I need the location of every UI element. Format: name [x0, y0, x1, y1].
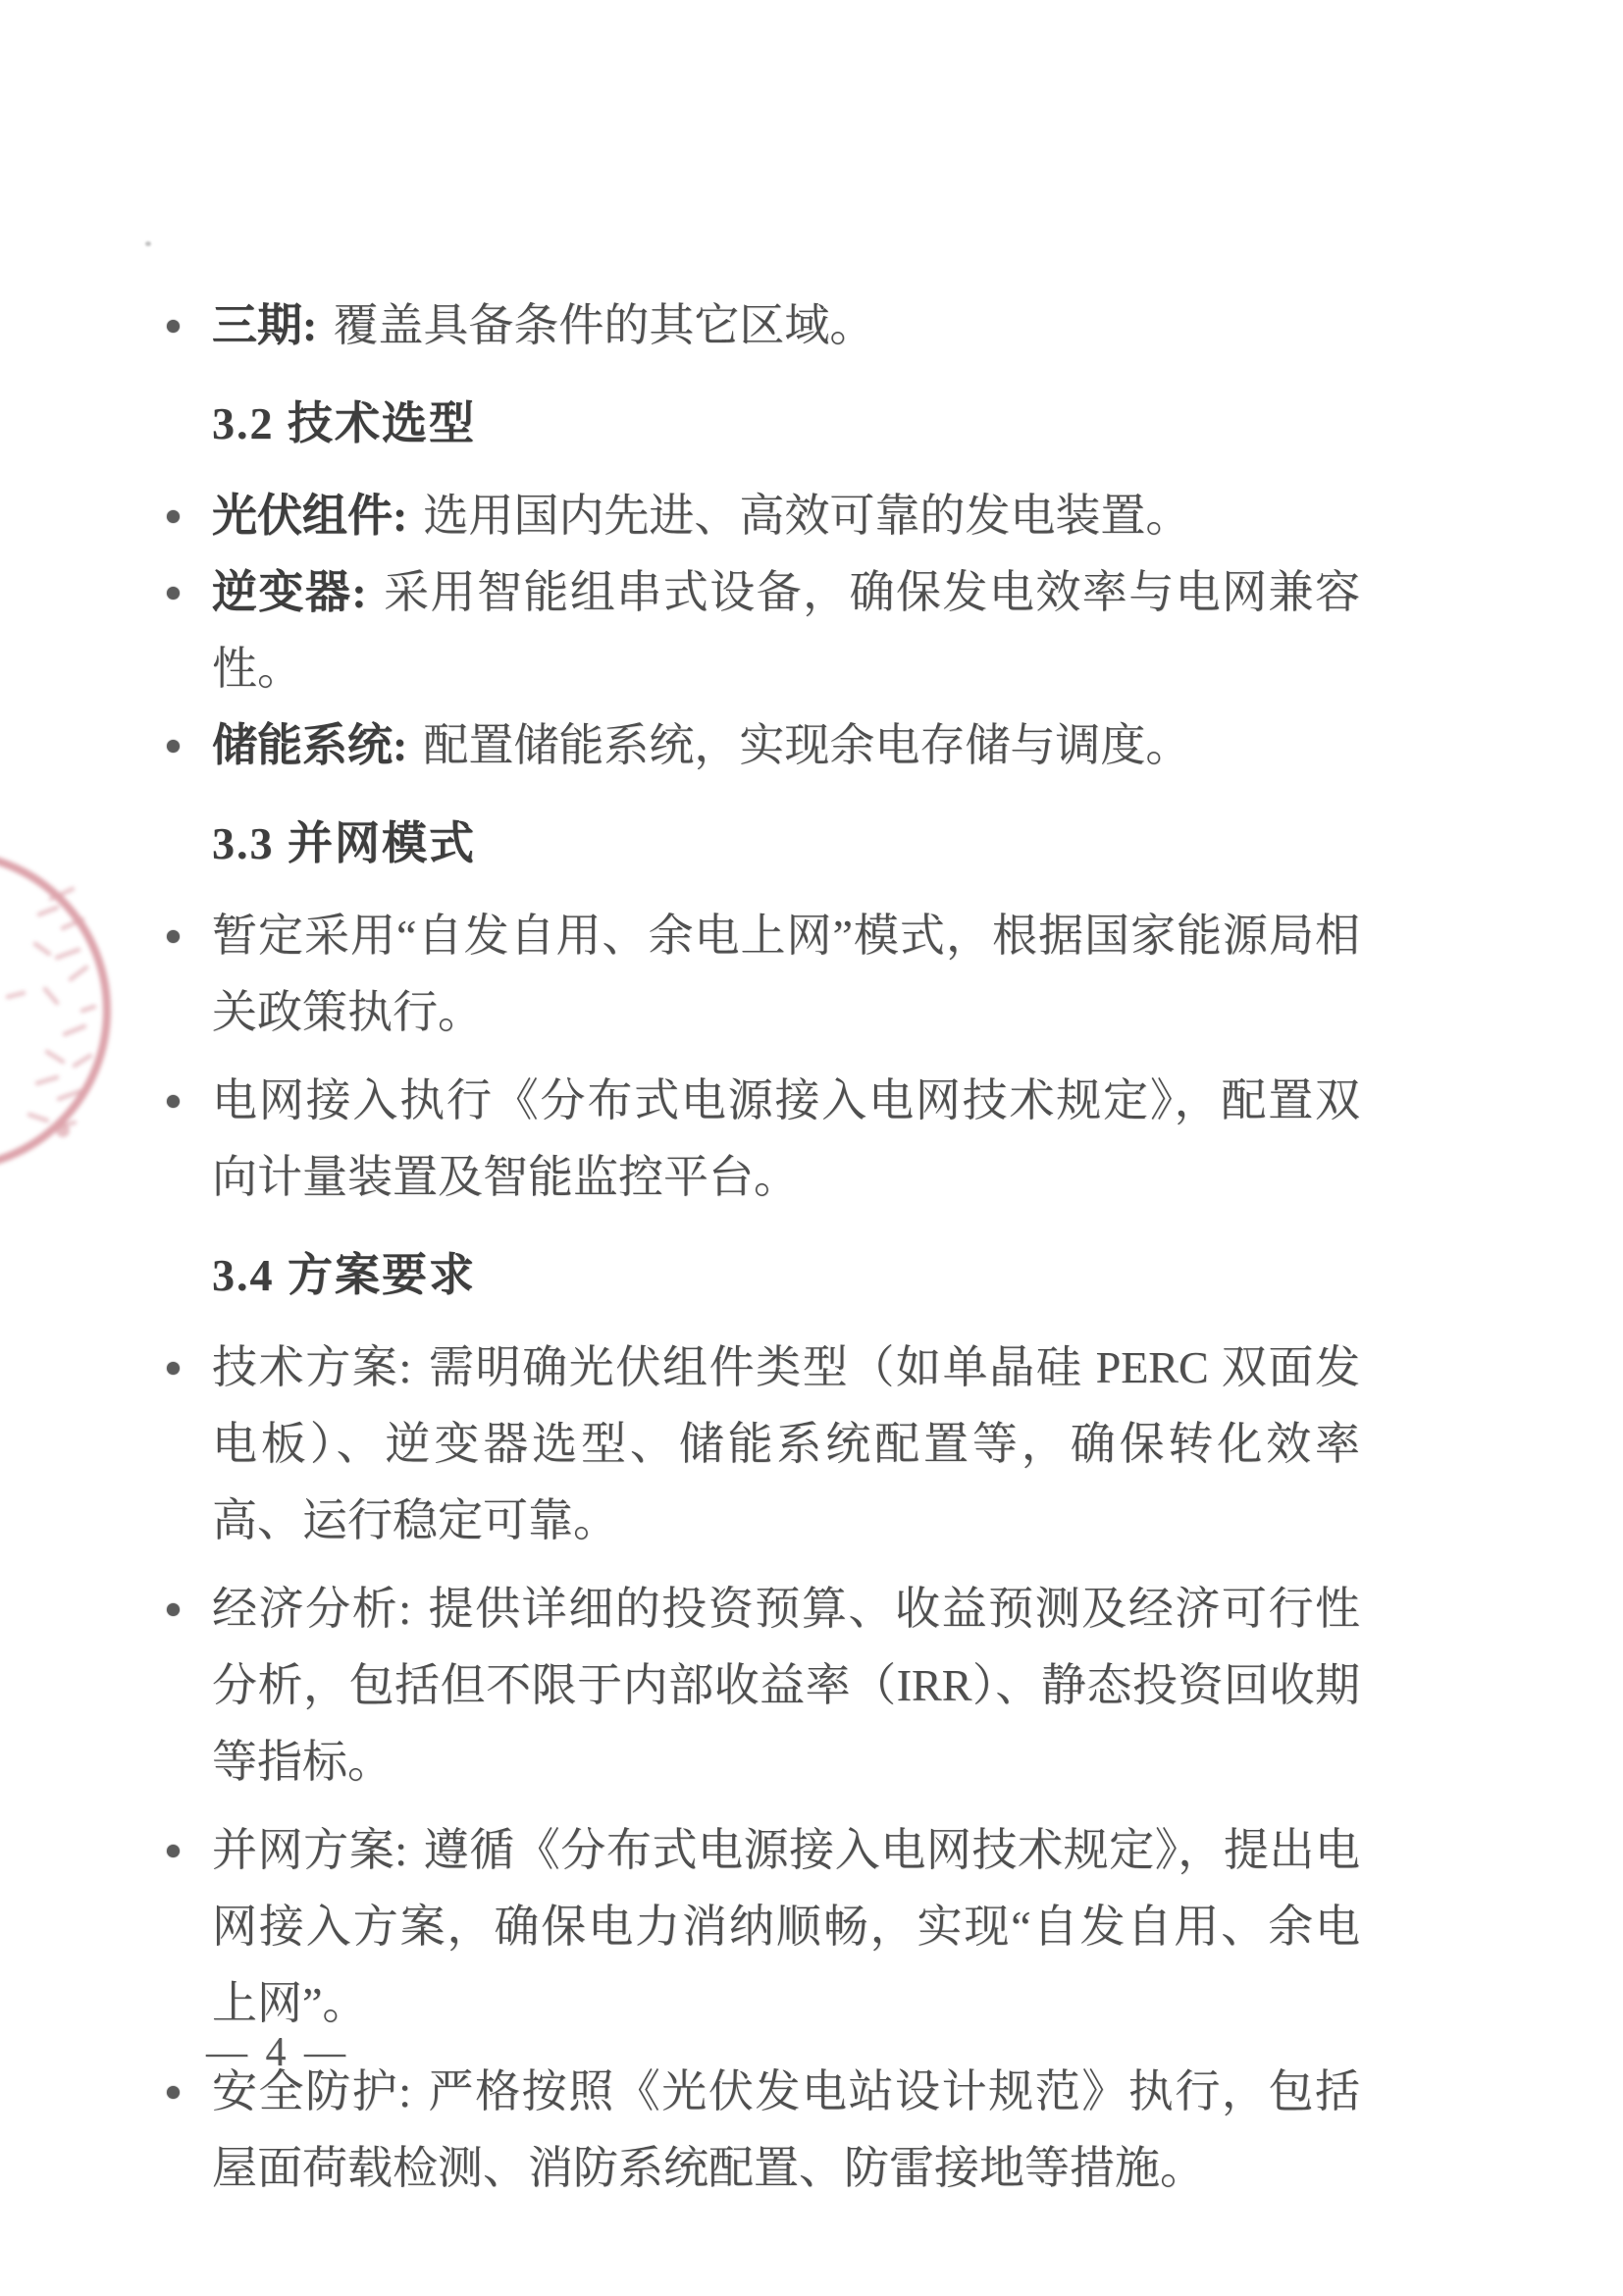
bullet-dot-icon: [167, 320, 180, 333]
bullet-text: 暂定采用“自发自用、余电上网”模式，根据国家能源局相关政策执行。: [212, 911, 1360, 1037]
bullet-dot-icon: [167, 510, 180, 523]
bullet-text: 电网接入执行《分布式电源接入电网技术规定》，配置双向计量装置及智能监控平台。: [212, 1075, 1360, 1202]
bullet-dot-icon: [167, 1095, 180, 1108]
bullet-lead: 并网方案:: [212, 1825, 407, 1875]
bullet-lead: 三期:: [212, 300, 317, 350]
bullet-item: 光伏组件:选用国内先进、高效可靠的发电装置。: [212, 478, 1360, 554]
bullet-dot-icon: [167, 1603, 180, 1616]
bullet-text: 配置储能系统，实现余电存储与调度。: [423, 720, 1190, 770]
bullet-text: 选用国内先进、高效可靠的发电装置。: [423, 491, 1190, 541]
bullet-item: 逆变器:采用智能组串式设备，确保发电效率与电网兼容性。: [212, 554, 1360, 707]
bullet-dot-icon: [167, 740, 180, 753]
bullet-dot-icon: [167, 930, 180, 943]
bullet-lead: 储能系统:: [212, 720, 407, 770]
bullet-lead: 逆变器:: [212, 567, 367, 617]
document-content: 三期:覆盖具备条件的其它区域。3.2 技术选型光伏组件:选用国内先进、高效可靠的…: [212, 287, 1360, 2218]
bullet-dot-icon: [167, 1362, 180, 1375]
section-heading: 3.4 方案要求: [212, 1237, 1360, 1314]
official-seal-stamp: [0, 842, 137, 1175]
document-page: 三期:覆盖具备条件的其它区域。3.2 技术选型光伏组件:选用国内先进、高效可靠的…: [0, 0, 1623, 2296]
section-heading: 3.2 技术选型: [212, 386, 1360, 462]
bullet-item: 技术方案:需明确光伏组件类型（如单晶硅 PERC 双面发电板）、逆变器选型、储能…: [212, 1330, 1360, 1559]
bullet-item: 安全防护:严格按照《光伏发电站设计规范》执行，包括屋面荷载检测、消防系统配置、防…: [212, 2054, 1360, 2207]
bullet-item: 三期:覆盖具备条件的其它区域。: [212, 287, 1360, 364]
bullet-item: 并网方案:遵循《分布式电源接入电网技术规定》，提出电网接入方案，确保电力消纳顺畅…: [212, 1812, 1360, 2042]
bullet-lead: 光伏组件:: [212, 491, 407, 541]
bullet-item: 储能系统:配置储能系统，实现余电存储与调度。: [212, 707, 1360, 784]
bullet-dot-icon: [167, 587, 180, 600]
bullet-text: 覆盖具备条件的其它区域。: [333, 300, 874, 350]
bullet-item: 暂定采用“自发自用、余电上网”模式，根据国家能源局相关政策执行。: [212, 898, 1360, 1051]
scan-speck: [145, 241, 151, 246]
seal-blob: [56, 1123, 70, 1137]
bullet-dot-icon: [167, 2086, 180, 2099]
bullet-lead: 技术方案:: [212, 1342, 411, 1392]
seal-text-marks: [8, 889, 94, 1128]
bullet-item: 电网接入执行《分布式电源接入电网技术规定》，配置双向计量装置及智能监控平台。: [212, 1063, 1360, 1216]
seal-ring: [0, 854, 107, 1168]
bullet-lead: 经济分析:: [212, 1584, 411, 1634]
section-heading: 3.3 并网模式: [212, 806, 1360, 882]
bullet-text: 采用智能组串式设备，确保发电效率与电网兼容性。: [212, 567, 1360, 694]
bullet-item: 经济分析:提供详细的投资预算、收益预测及经济可行性分析，包括但不限于内部收益率（…: [212, 1571, 1360, 1800]
page-number: — 4 —: [206, 2023, 349, 2082]
bullet-dot-icon: [167, 1845, 180, 1857]
